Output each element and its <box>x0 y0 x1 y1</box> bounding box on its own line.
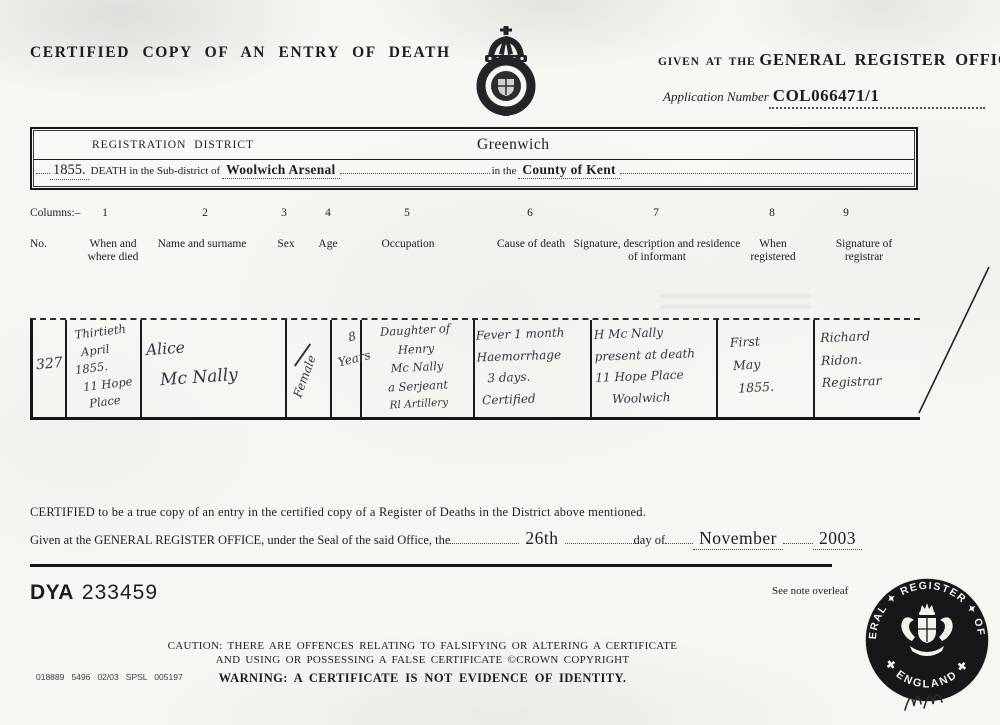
columns-prefix: Columns:– <box>30 207 80 219</box>
cell-entry-number: 327 <box>35 355 63 374</box>
registration-district-label: REGISTRATION DISTRICT <box>92 139 254 151</box>
dotted-leader <box>450 530 519 544</box>
given-at-prefix: GIVEN AT THE <box>658 56 755 68</box>
application-number-value: COL066471/1 <box>769 86 985 109</box>
district-header-row: REGISTRATION DISTRICT Greenwich <box>34 131 914 160</box>
column-label-informant: Signature, description and residence of … <box>571 238 743 264</box>
column-number-1: 1 <box>102 207 108 219</box>
registration-district-value: Greenwich <box>477 136 550 154</box>
cell-sex: Female <box>290 353 318 399</box>
dotted-leader <box>665 530 693 544</box>
county-value: County of Kent <box>518 162 619 179</box>
royal-crest-icon <box>458 24 554 120</box>
document-title: CERTIFIED COPY OF AN ENTRY OF DEATH <box>30 44 451 62</box>
year-value: 2003 <box>813 528 862 550</box>
dotted-leader <box>340 160 490 174</box>
registration-district-box: REGISTRATION DISTRICT Greenwich 1855. DE… <box>30 127 918 190</box>
cell-cause-of-death: Fever 1 month Haemorrhage 3 days. Certif… <box>476 322 567 411</box>
footer-rule <box>30 564 832 567</box>
column-number-4: 4 <box>325 207 331 219</box>
caution-line-1: CAUTION: THERE ARE OFFENCES RELATING TO … <box>0 640 845 652</box>
cell-name-surname: Alice Mc Nally <box>145 329 239 397</box>
print-batch-code: 018889 5496 02/03 SPSL 005197 <box>36 672 183 682</box>
given-at-office: GENERAL REGISTER OFFICE <box>759 50 1000 69</box>
column-number-8: 8 <box>769 207 775 219</box>
death-subdistrict-label: DEATH in the Sub-district of <box>89 165 223 177</box>
subdistrict-value: Woolwich Arsenal <box>222 162 339 179</box>
dotted-leader <box>620 160 912 174</box>
death-certificate-scan: CERTIFIED COPY OF AN ENTRY OF DEATH GIVE… <box>0 0 1000 725</box>
column-label-sex: Sex <box>266 238 306 251</box>
entry-table: 327 Thirtieth April 1855. 11 Hope Place … <box>30 318 920 420</box>
column-number-2: 2 <box>202 207 208 219</box>
table-rule <box>813 320 815 417</box>
month-value: November <box>693 528 783 550</box>
table-rule <box>590 320 592 417</box>
dotted-leader <box>36 160 50 174</box>
table-rule <box>285 320 287 417</box>
cell-when-where-died: Thirtieth April 1855. 11 Hope Place <box>64 321 136 415</box>
table-rule <box>716 320 718 417</box>
cell-occupation: Daughter of Henry Mc Nally a Serjeant Rl… <box>363 318 472 416</box>
column-label-occupation: Occupation <box>358 238 458 251</box>
day-of-label: day of <box>634 533 666 548</box>
given-at-office-row: Given at the GENERAL REGISTER OFFICE, un… <box>30 528 862 550</box>
ghost-text-smudge <box>660 286 810 308</box>
cell-when-registered: First May 1855. <box>723 329 774 400</box>
column-label-no: No. <box>30 238 47 250</box>
column-label-when-registered: When registered <box>738 238 808 264</box>
column-number-3: 3 <box>281 207 287 219</box>
certified-statement: CERTIFIED to be a true copy of an entry … <box>30 505 646 520</box>
table-diagonal-rule <box>895 255 1000 420</box>
serial-prefix: DYA <box>30 581 74 604</box>
column-label-name: Name and surname <box>127 238 277 251</box>
see-note-overleaf: See note overleaf <box>772 585 848 597</box>
application-number-row: Application Number COL066471/1 <box>663 86 985 109</box>
application-number-label: Application Number <box>663 89 769 105</box>
caution-line-2: AND USING OR POSSESSING A FALSE CERTIFIC… <box>0 654 845 666</box>
dotted-leader <box>783 530 813 544</box>
given-statement: Given at the GENERAL REGISTER OFFICE, un… <box>30 533 450 548</box>
in-the-label: in the <box>490 165 519 177</box>
given-at-heading: GIVEN AT THE GENERAL REGISTER OFFICE <box>658 50 1000 70</box>
cell-informant: H Mc Nally present at death 11 Hope Plac… <box>594 321 697 410</box>
column-label-cause: Cause of death <box>476 238 586 251</box>
column-number-9: 9 <box>843 207 849 219</box>
table-rule <box>140 320 142 417</box>
certificate-serial: DYA233459 <box>30 581 158 605</box>
column-number-7: 7 <box>653 207 659 219</box>
dotted-leader <box>565 530 634 544</box>
column-label-age: Age <box>308 238 348 251</box>
registration-year: 1855. <box>50 162 89 180</box>
column-number-6: 6 <box>527 207 533 219</box>
handwritten-initials <box>902 688 950 716</box>
subdistrict-row: 1855. DEATH in the Sub-district of Woolw… <box>36 160 912 182</box>
day-value: 26th <box>519 528 564 549</box>
column-number-5: 5 <box>404 207 410 219</box>
serial-number: 233459 <box>82 581 158 604</box>
table-rule <box>473 320 475 417</box>
column-label-registrar: Signature of registrar <box>824 238 904 264</box>
cell-registrar: Richard Ridon. Registrar <box>820 325 882 395</box>
